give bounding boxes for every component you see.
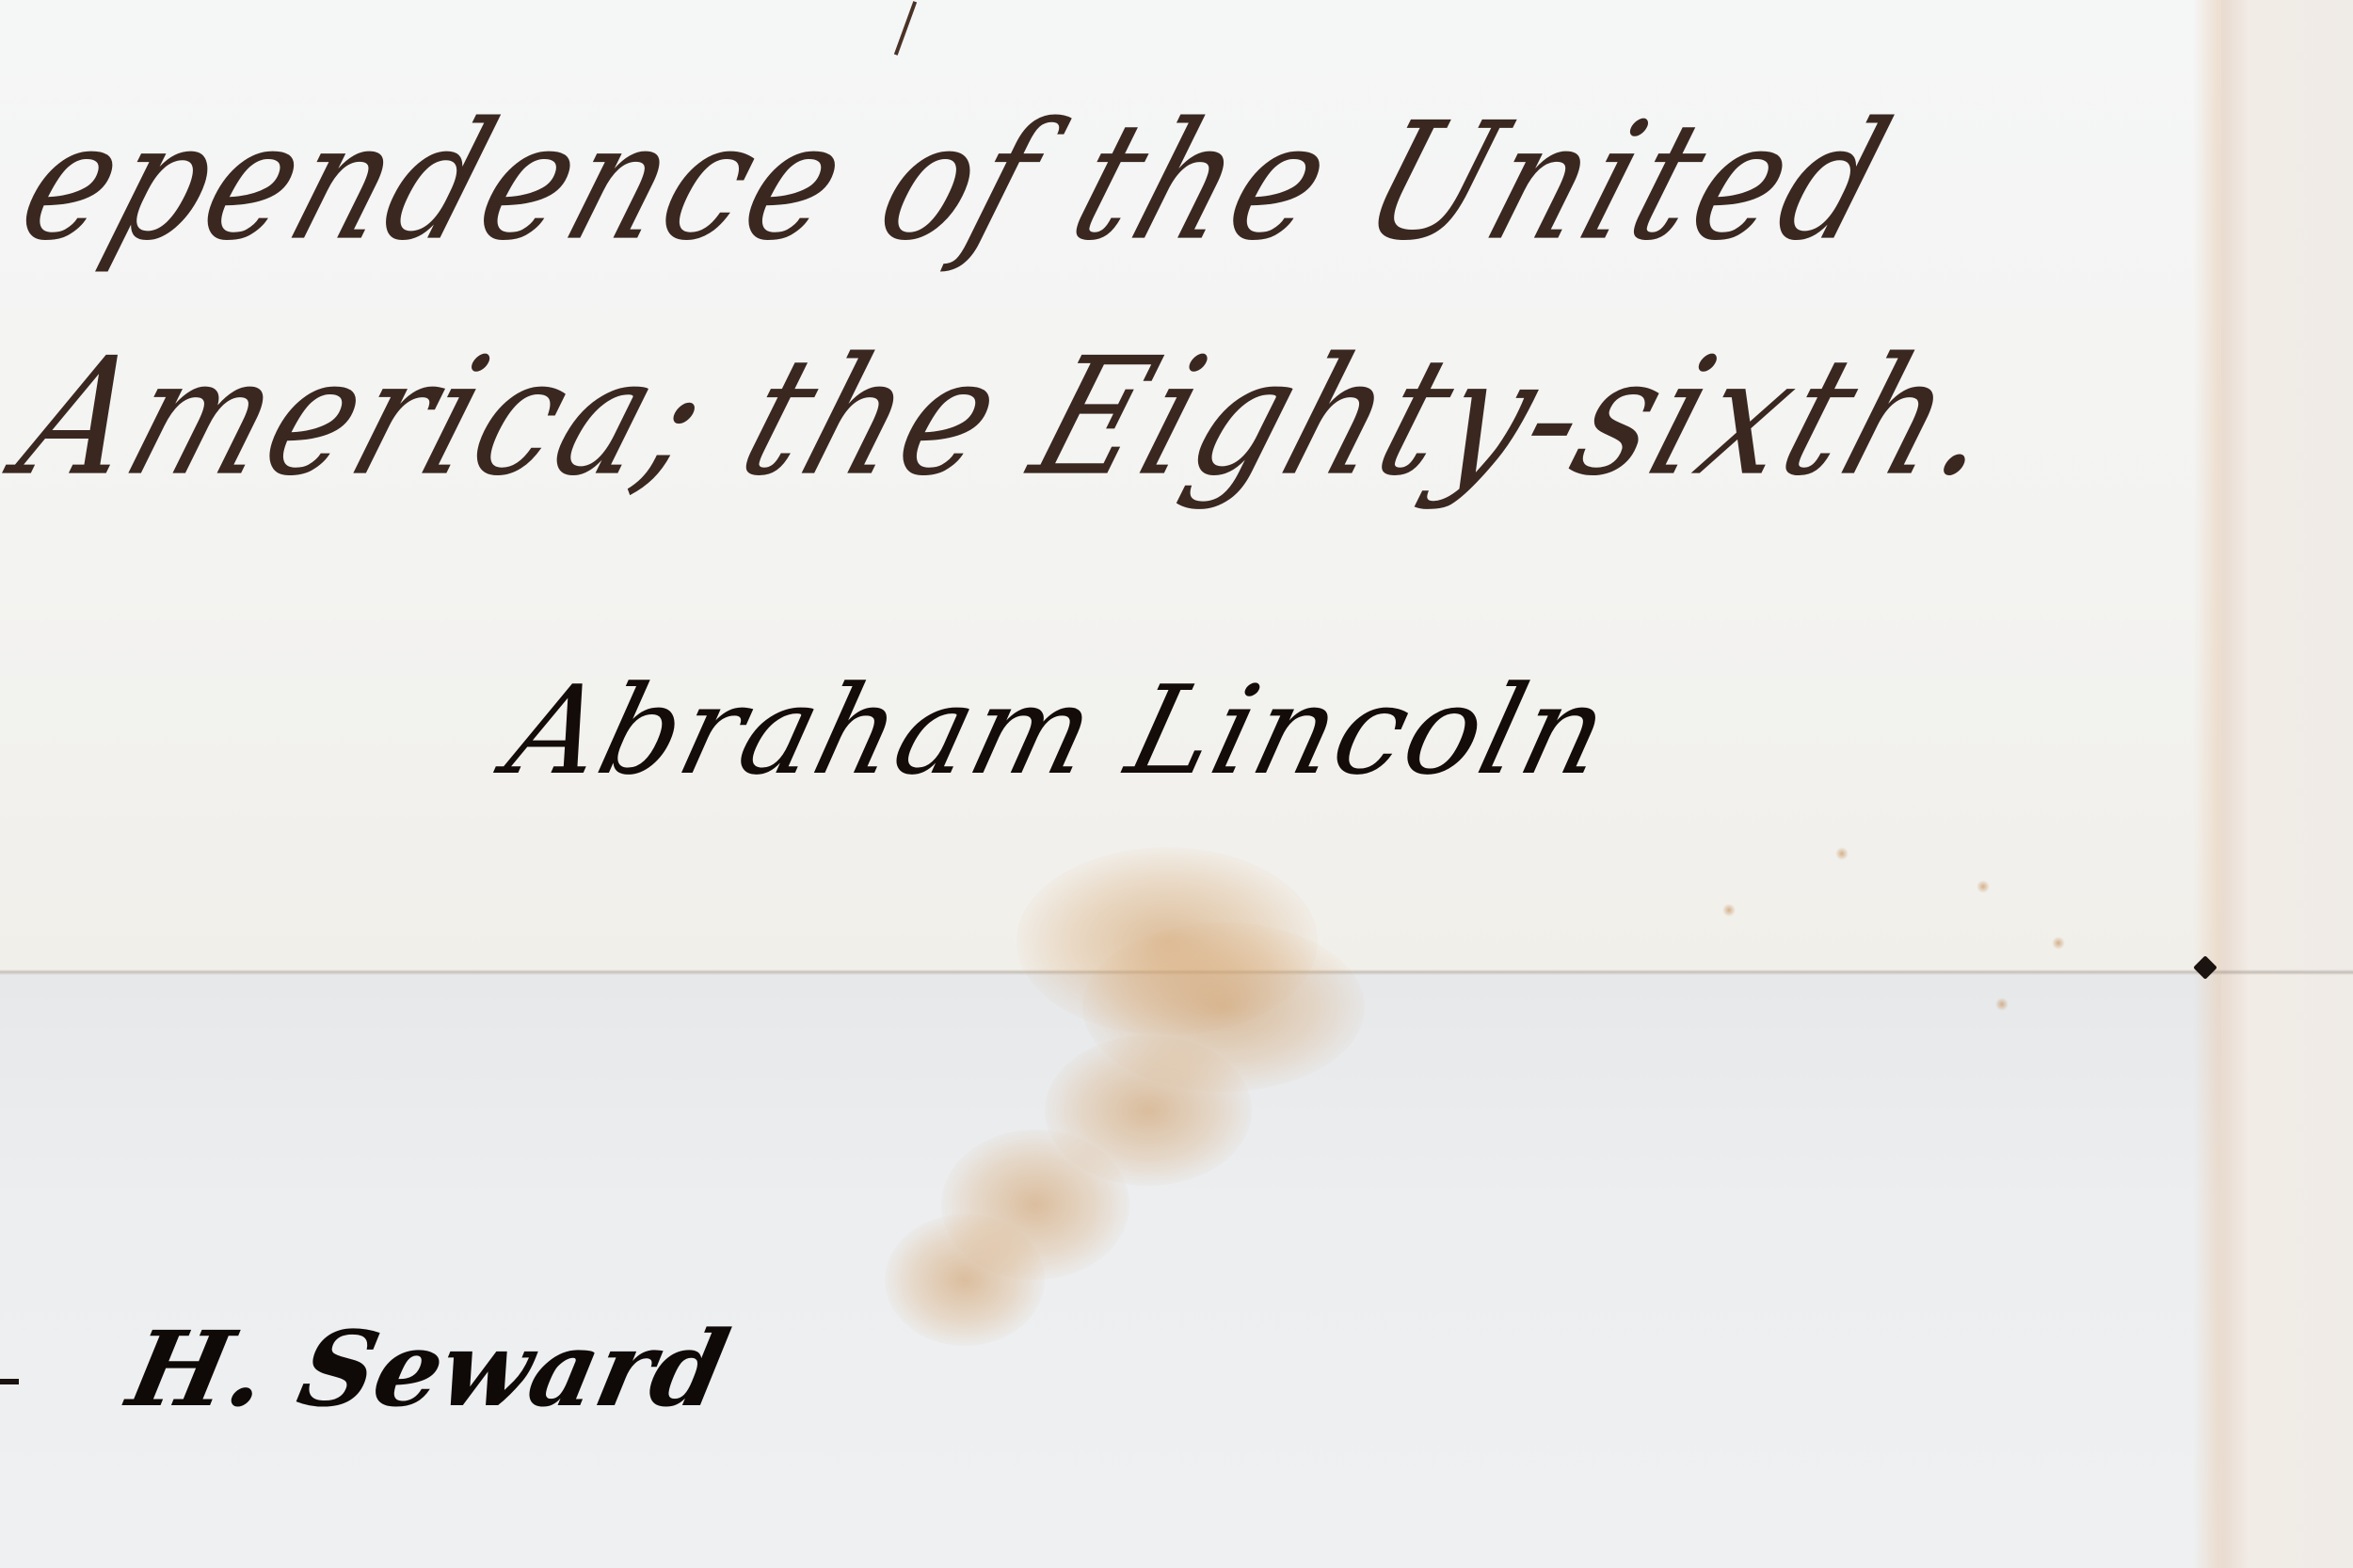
foxing-spot [1977, 880, 1990, 893]
foxing-spot [1835, 847, 1849, 860]
vertical-fold-line [2193, 0, 2249, 1568]
foxing-spot [1722, 904, 1736, 917]
foxing-spot [2052, 936, 2065, 950]
text-line-america: America; the Eighty-sixth. [0, 324, 2026, 512]
ink-dash [0, 1379, 19, 1384]
foxing-spot [1995, 998, 2009, 1011]
stain-trail-3 [885, 1214, 1045, 1346]
signature-lincoln: Abraham Lincoln [495, 659, 1623, 802]
signature-seward: H. Seward [119, 1308, 738, 1430]
text-line-independence: ependence of the United [0, 88, 1913, 277]
